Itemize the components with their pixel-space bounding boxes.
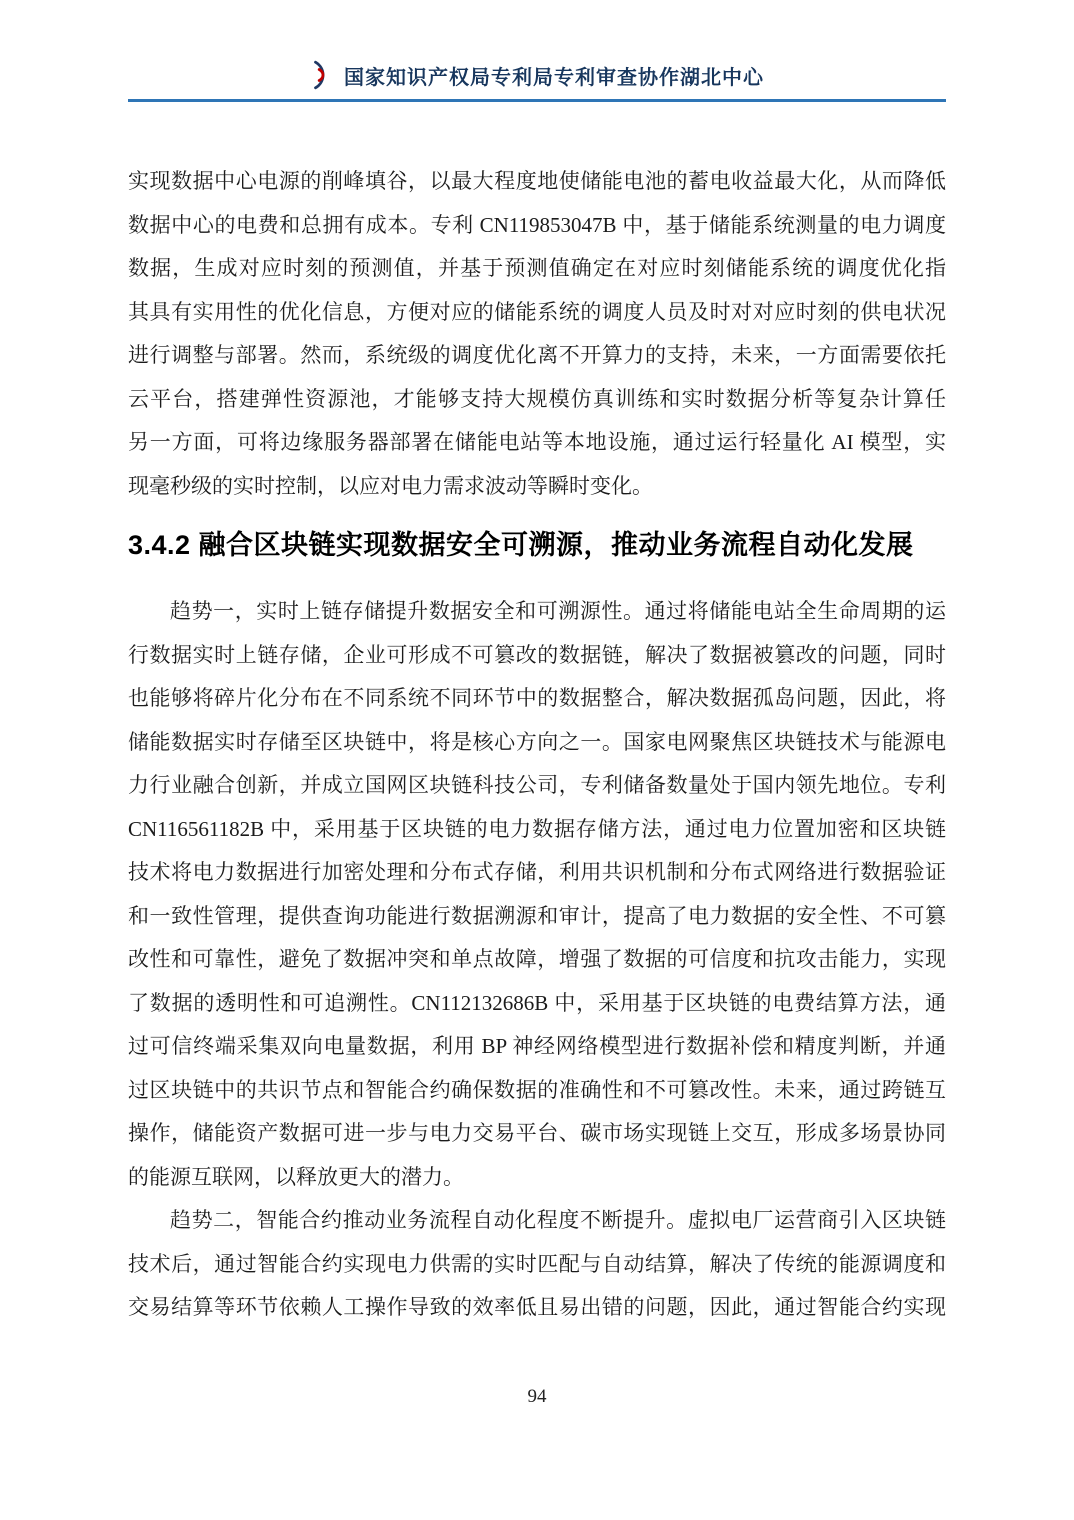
text-line: 了数据的透明性和可追溯性。CN112132686B 中，采用基于区块链的电费结算… — [128, 982, 946, 1026]
text-line: 的能源互联网，以释放更大的潜力。 — [128, 1156, 946, 1200]
text-line: CN116561182B 中，采用基于区块链的电力数据存储方法，通过电力位置加密… — [128, 808, 946, 852]
text-line: 数据，生成对应时刻的预测值，并基于预测值确定在对应时刻储能系统的调度优化指标， — [128, 247, 946, 291]
section-heading-3-4-2: 3.4.2 融合区块链实现数据安全可溯源，推动业务流程自动化发展 — [128, 528, 946, 562]
text-line: 和一致性管理，提供查询功能进行数据溯源和审计，提高了电力数据的安全性、不可篡 — [128, 895, 946, 939]
page-footer: 94 — [0, 1386, 1074, 1408]
paragraph-energy-dispatch: 实现数据中心电源的削峰填谷，以最大程度地使储能电池的蓄电收益最大化，从而降低数据… — [128, 160, 946, 508]
cnipa-logo-icon — [310, 60, 332, 90]
page-header: 国家知识产权局专利局专利审查协作湖北中心 — [128, 60, 946, 102]
text-line: 实现数据中心电源的削峰填谷，以最大程度地使储能电池的蓄电收益最大化，从而降低 — [128, 160, 946, 204]
text-line: 数据中心的电费和总拥有成本。专利 CN119853047B 中，基于储能系统测量… — [128, 204, 946, 248]
text-line: 操作，储能资产数据可进一步与电力交易平台、碳市场实现链上交互，形成多场景协同 — [128, 1112, 946, 1156]
text-line: 力行业融合创新，并成立国网区块链科技公司，专利储备数量处于国内领先地位。专利 — [128, 764, 946, 808]
header-title: 国家知识产权局专利局专利审查协作湖北中心 — [344, 61, 764, 90]
text-line: 行数据实时上链存储，企业可形成不可篡改的数据链，解决了数据被篡改的问题，同时 — [128, 634, 946, 678]
text-line: 改性和可靠性，避免了数据冲突和单点故障，增强了数据的可信度和抗攻击能力，实现 — [128, 938, 946, 982]
page-number: 94 — [528, 1386, 547, 1407]
text-line: 也能够将碎片化分布在不同系统不同环节中的数据整合，解决数据孤岛问题，因此，将 — [128, 677, 946, 721]
header-row: 国家知识产权局专利局专利审查协作湖北中心 — [128, 60, 946, 99]
text-line: 过可信终端采集双向电量数据，利用 BP 神经网络模型进行数据补偿和精度判断，并通 — [128, 1025, 946, 1069]
text-line: 技术将电力数据进行加密处理和分布式存储，利用共识机制和分布式网络进行数据验证 — [128, 851, 946, 895]
document-content: 实现数据中心电源的削峰填谷，以最大程度地使储能电池的蓄电收益最大化，从而降低数据… — [128, 160, 946, 1330]
text-line: 趋势一，实时上链存储提升数据安全和可溯源性。通过将储能电站全生命周期的运 — [128, 590, 946, 634]
text-line: 交易结算等环节依赖人工操作导致的效率低且易出错的问题，因此，通过智能合约实现 — [128, 1286, 946, 1330]
text-line: 其具有实用性的优化信息，方便对应的储能系统的调度人员及时对对应时刻的供电状况 — [128, 291, 946, 335]
text-line: 进行调整与部署。然而，系统级的调度优化离不开算力的支持，未来，一方面需要依托 — [128, 334, 946, 378]
paragraph-trend-2-smart-contract: 趋势二，智能合约推动业务流程自动化程度不断提升。虚拟电厂运营商引入区块链技术后，… — [128, 1199, 946, 1330]
text-line: 技术后，通过智能合约实现电力供需的实时匹配与自动结算，解决了传统的能源调度和 — [128, 1243, 946, 1287]
text-line: 另一方面，可将边缘服务器部署在储能电站等本地设施，通过运行轻量化 AI 模型，实 — [128, 421, 946, 465]
text-line: 储能数据实时存储至区块链中，将是核心方向之一。国家电网聚焦区块链技术与能源电 — [128, 721, 946, 765]
text-line: 趋势二，智能合约推动业务流程自动化程度不断提升。虚拟电厂运营商引入区块链 — [128, 1199, 946, 1243]
text-line: 过区块链中的共识节点和智能合约确保数据的准确性和不可篡改性。未来，通过跨链互 — [128, 1069, 946, 1113]
text-line: 现毫秒级的实时控制，以应对电力需求波动等瞬时变化。 — [128, 465, 946, 509]
text-line: 云平台，搭建弹性资源池，才能够支持大规模仿真训练和实时数据分析等复杂计算任务， — [128, 378, 946, 422]
paragraph-trend-1-blockchain-storage: 趋势一，实时上链存储提升数据安全和可溯源性。通过将储能电站全生命周期的运行数据实… — [128, 590, 946, 1199]
document-page: 国家知识产权局专利局专利审查协作湖北中心 实现数据中心电源的削峰填谷，以最大程度… — [0, 0, 1074, 1520]
header-rule — [128, 99, 946, 102]
